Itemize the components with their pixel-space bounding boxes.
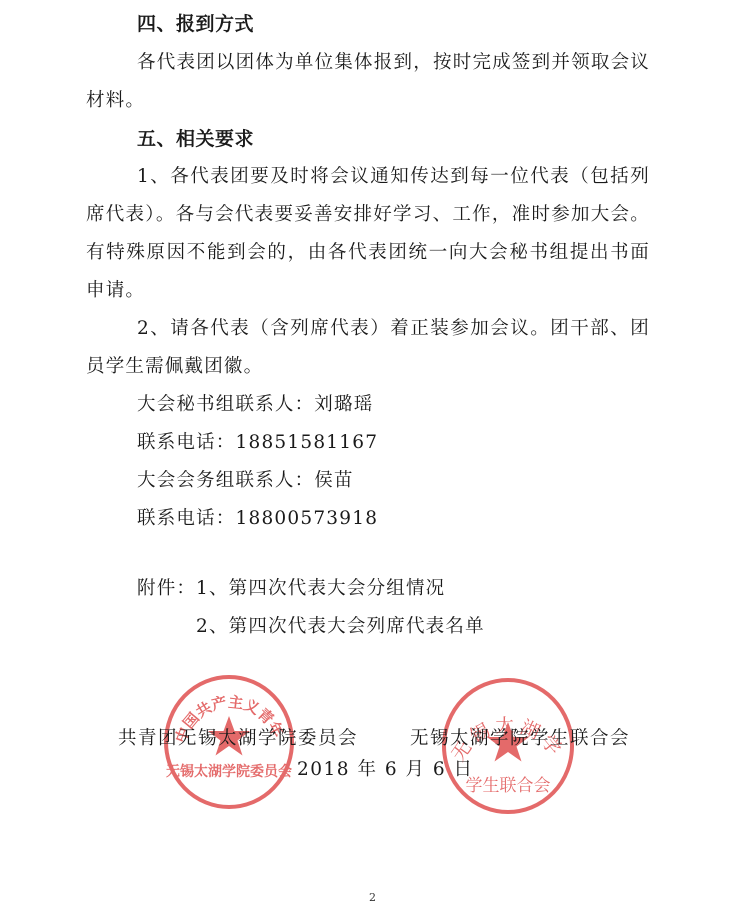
paragraph-line: 2、请各代表（含列席代表）着正装参加会议。团干部、团: [137, 317, 650, 341]
paragraph-line: 员学生需佩戴团徽。: [86, 355, 263, 379]
contact-affairs: 大会会务组联系人：侯苗: [137, 469, 354, 493]
signature-youth-league: 共青团无锡太湖学院委员会: [118, 727, 358, 751]
contact-phone-affairs: 联系电话：18800573918: [137, 507, 378, 531]
page-number: 2: [369, 891, 376, 904]
stamp-bottom-text: 无锡太湖学院委员会: [166, 763, 292, 780]
paragraph-line: 有特殊原因不能到会的，由各代表团统一向大会秘书组提出书面: [86, 241, 650, 265]
contact-phone-secretary: 联系电话：18851581167: [137, 431, 378, 455]
stamp-bottom-text: 学生联合会: [466, 776, 551, 796]
section-heading-registration: 四、报到方式: [137, 12, 254, 36]
section-heading-requirements: 五、相关要求: [137, 127, 254, 151]
attachment-item: 2、第四次代表大会列席代表名单: [196, 615, 485, 639]
attachments-label: 附件：: [137, 577, 196, 601]
paragraph-line: 1、各代表团要及时将会议通知传达到每一位代表（包括列: [137, 165, 650, 189]
attachment-item: 1、第四次代表大会分组情况: [196, 577, 445, 601]
signature-student-union: 无锡太湖学院学生联合会: [410, 727, 630, 751]
signature-date: 2018 年 6 月 6 日: [297, 758, 474, 782]
paragraph-line: 席代表）。各与会代表要妥善安排好学习、工作，准时参加大会。: [86, 203, 650, 227]
paragraph-line: 申请。: [86, 279, 145, 303]
paragraph-line: 各代表团以团体为单位集体报到，按时完成签到并领取会议: [137, 51, 650, 75]
paragraph-line: 材料。: [86, 89, 145, 113]
contact-secretary: 大会秘书组联系人：刘璐瑶: [137, 393, 373, 417]
